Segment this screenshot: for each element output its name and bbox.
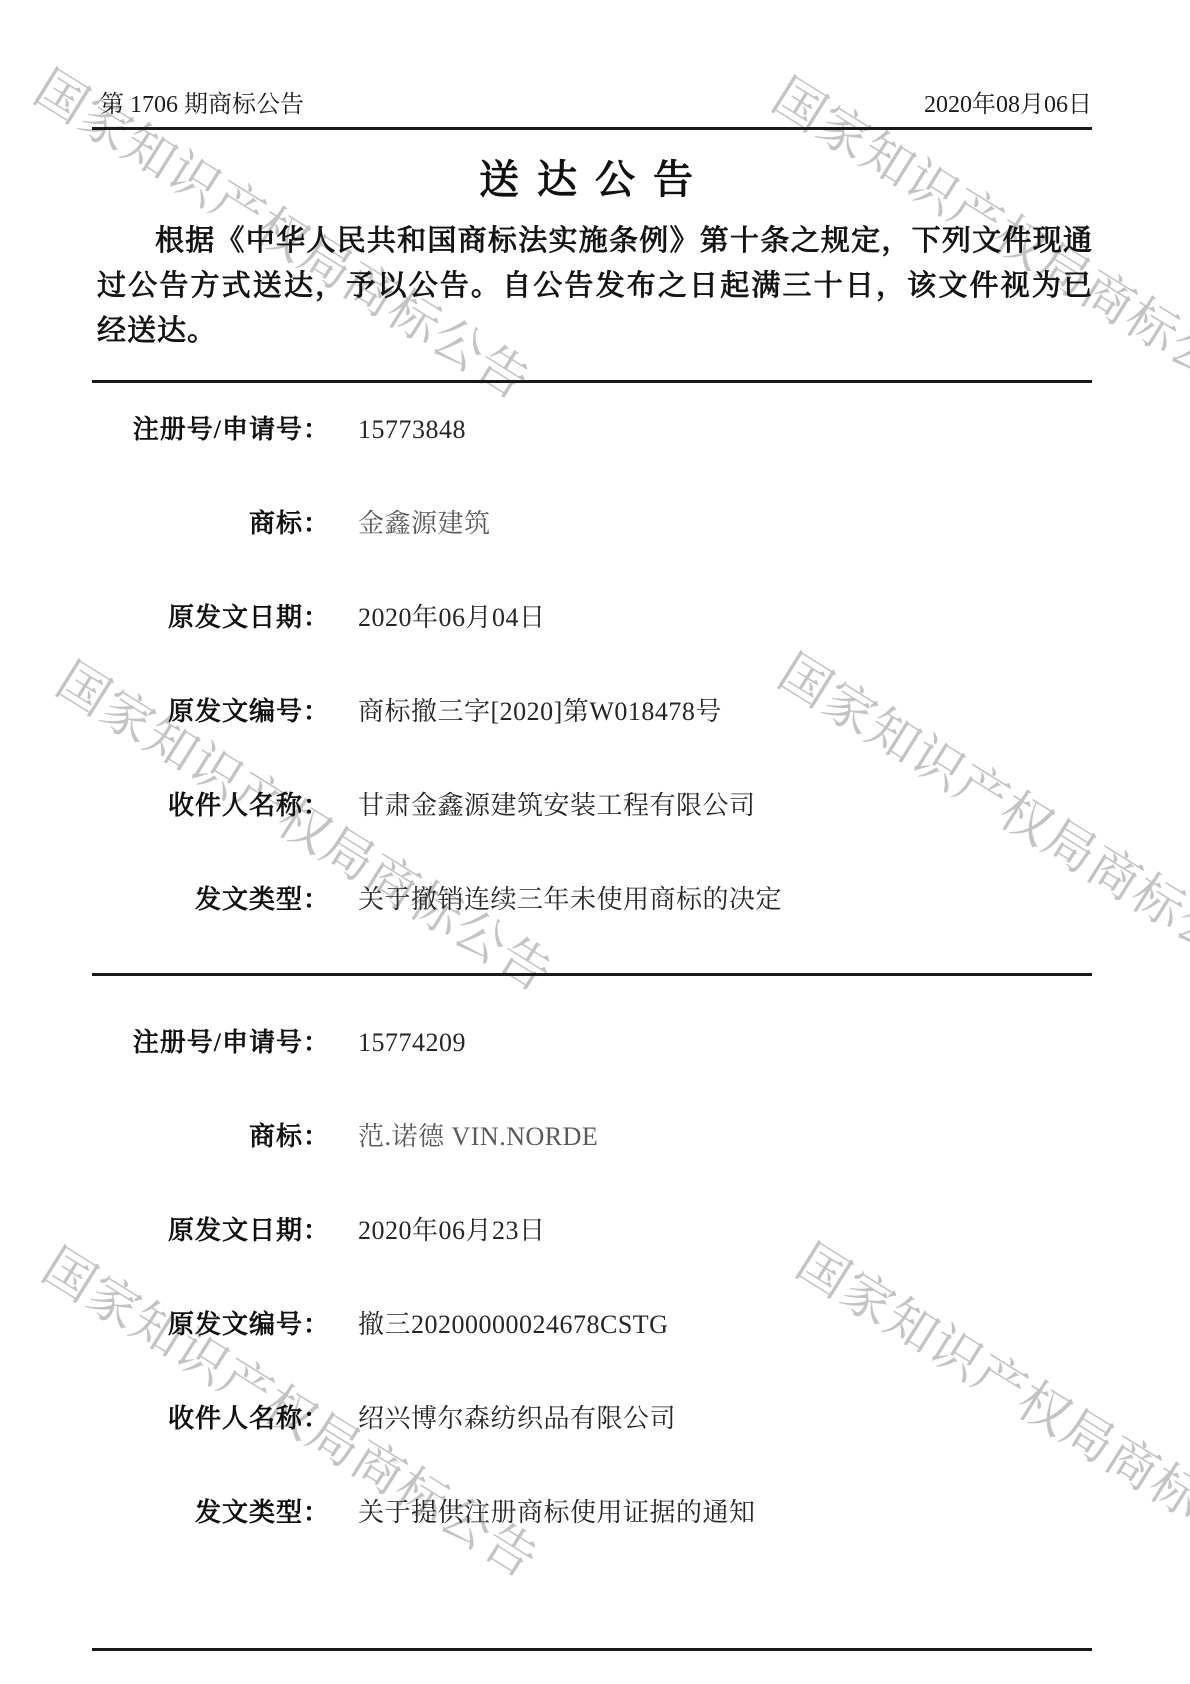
field-label: 收件人名称： (92, 1398, 330, 1435)
field-row-original-doc-number: 原发文编号： 商标撤三字[2020]第W018478号 (92, 691, 1092, 727)
field-label: 注册号/申请号： (92, 1022, 330, 1059)
field-value: 撤三20200000024678CSTG (358, 1304, 668, 1341)
field-row-recipient-name: 收件人名称： 绍兴博尔森纺织品有限公司 (92, 1398, 1092, 1434)
gazette-page: 第 1706 期商标公告 2020年08月06日 送达公告 根据《中华人民共和国… (0, 0, 1190, 1651)
field-label: 收件人名称： (92, 785, 330, 822)
field-row-original-date: 原发文日期： 2020年06月04日 (92, 597, 1092, 633)
field-row-original-date: 原发文日期： 2020年06月23日 (92, 1210, 1092, 1246)
field-value: 2020年06月23日 (358, 1210, 546, 1247)
intro-line: 经送达。 (97, 309, 1093, 354)
field-value: 商标撤三字[2020]第W018478号 (358, 691, 722, 728)
page-title: 送达公告 (0, 148, 1190, 205)
field-row-recipient-name: 收件人名称： 甘肃金鑫源建筑安装工程有限公司 (92, 785, 1092, 821)
trademark-image-text: 范.诺德 VIN.NORDE (358, 1116, 598, 1153)
field-row-trademark: 商标： 范.诺德 VIN.NORDE (92, 1116, 1092, 1152)
field-row-trademark: 商标： 金鑫源建筑 (92, 503, 1092, 539)
field-value: 关于撤销连续三年未使用商标的决定 (358, 879, 782, 916)
bottom-rule (92, 1648, 1092, 1651)
field-label: 商标： (92, 1116, 330, 1153)
gazette-date: 2020年08月06日 (924, 84, 1092, 119)
field-label: 商标： (92, 503, 330, 540)
header-rule (92, 127, 1092, 130)
field-row-registration-number: 注册号/申请号： 15774209 (92, 1022, 1092, 1058)
record-2: 注册号/申请号： 15774209 商标： 范.诺德 VIN.NORDE 原发文… (92, 976, 1092, 1528)
field-label: 发文类型： (92, 879, 330, 916)
field-value: 甘肃金鑫源建筑安装工程有限公司 (358, 785, 756, 822)
field-row-document-type: 发文类型： 关于提供注册商标使用证据的通知 (92, 1492, 1092, 1528)
intro-line: 过公告方式送达，予以公告。自公告发布之日起满三十日，该文件视为已 (97, 264, 1093, 309)
field-label: 原发文编号： (92, 1304, 330, 1341)
field-label: 原发文日期： (92, 1210, 330, 1247)
field-row-document-type: 发文类型： 关于撤销连续三年未使用商标的决定 (92, 879, 1092, 915)
field-row-original-doc-number: 原发文编号： 撤三20200000024678CSTG (92, 1304, 1092, 1340)
field-label: 注册号/申请号： (92, 409, 330, 446)
field-label: 发文类型： (92, 1492, 330, 1529)
field-value: 绍兴博尔森纺织品有限公司 (358, 1398, 676, 1435)
field-value: 2020年06月04日 (358, 597, 546, 634)
field-value: 15773848 (358, 415, 466, 445)
intro-line: 根据《中华人民共和国商标法实施条例》第十条之规定，下列文件现通 (97, 219, 1093, 264)
field-label: 原发文编号： (92, 691, 330, 728)
field-value: 15774209 (358, 1028, 466, 1058)
field-label: 原发文日期： (92, 597, 330, 634)
page-header: 第 1706 期商标公告 2020年08月06日 (0, 0, 1190, 127)
field-row-registration-number: 注册号/申请号： 15773848 (92, 409, 1092, 445)
field-value: 关于提供注册商标使用证据的通知 (358, 1492, 756, 1529)
gazette-issue-number: 第 1706 期商标公告 (100, 84, 304, 119)
trademark-image-text: 金鑫源建筑 (358, 503, 491, 540)
intro-paragraph: 根据《中华人民共和国商标法实施条例》第十条之规定，下列文件现通 过公告方式送达，… (97, 219, 1093, 354)
record-1: 注册号/申请号： 15773848 商标： 金鑫源建筑 原发文日期： 2020年… (92, 383, 1092, 915)
